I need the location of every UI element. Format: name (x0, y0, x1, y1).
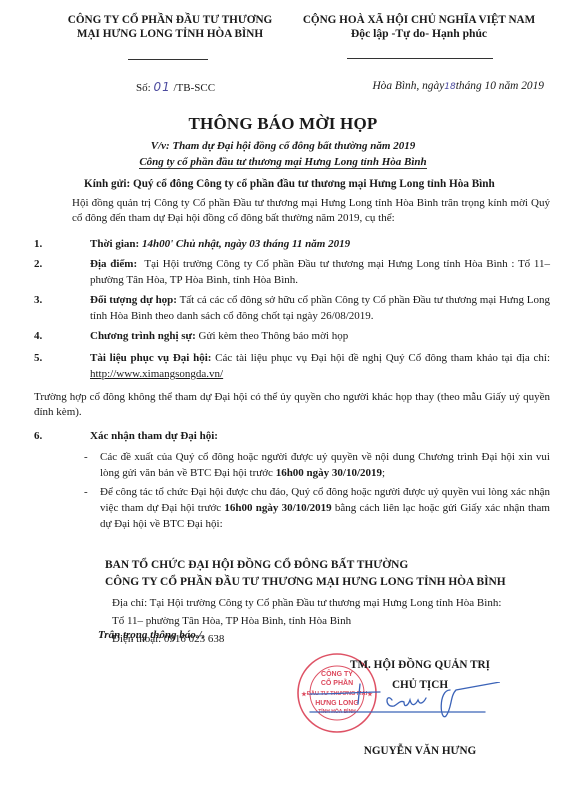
company-header: CÔNG TY CỔ PHẦN ĐẦU TƯ THƯƠNG MẠI HƯNG L… (50, 13, 290, 41)
item-6: 6. Xác nhận tham dự Đại hội: (34, 428, 550, 444)
documents-link[interactable]: http://www.ximangsongda.vn/ (90, 368, 223, 380)
handwritten-number: 01 (153, 80, 170, 94)
subject-line1: V/v: Tham dự Đại hội đồng cổ đông bất th… (0, 138, 566, 154)
recipient: Kính gửi: Quý cổ đông Công ty cổ phần đầ… (84, 178, 495, 190)
item-5: 5. Tài liệu phục vụ Đại hội: Các tài liệ… (34, 350, 550, 382)
nation-motto: Độc lập -Tự do- Hạnh phúc (287, 27, 551, 41)
intro-paragraph: Hội đồng quản trị Công ty Cổ phần Đầu tư… (72, 196, 550, 226)
company-underline (128, 59, 208, 60)
nation-title: CỘNG HOÀ XÃ HỘI CHỦ NGHĨA VIỆT NAM (287, 13, 551, 27)
organizer-heading: BAN TỔ CHỨC ĐẠI HỘI ĐỒNG CỔ ĐÔNG BẤT THƯ… (105, 557, 506, 591)
item-3: 3. Đối tượng dự họp: Tất cả các cổ đông … (34, 292, 550, 324)
signature-icon (300, 682, 500, 727)
on-behalf-label: TM. HỘI ĐỒNG QUẢN TRỊ (300, 655, 540, 675)
closing: Trân trọng thông báo./. (98, 629, 204, 641)
handwritten-day: 18 (444, 82, 455, 92)
proxy-note: Trường hợp cổ đông không thể tham dự Đại… (34, 390, 550, 420)
item-4: 4. Chương trình nghị sự: Gửi kèm theo Th… (34, 328, 550, 344)
company-name-line2: MẠI HƯNG LONG TỈNH HÒA BÌNH (50, 27, 290, 41)
item-2: 2. Địa điểm: Tại Hội trường Công ty Cổ p… (34, 256, 550, 288)
document-title: THÔNG BÁO MỜI HỌP (0, 114, 566, 134)
item-1: 1. Thời gian: 14h00' Chủ nhật, ngày 03 t… (34, 236, 550, 252)
motto-underline (347, 58, 493, 59)
bullet-2: - Để công tác tổ chức Đại hội được chu đ… (84, 484, 550, 532)
reference-number: Số: 01 /TB-SCC (136, 80, 215, 94)
organizer-address-line2: Tổ 11– phường Tân Hòa, TP Hòa Bình, tỉnh… (112, 612, 501, 630)
date-line: Hòa Bình, ngày18tháng 10 năm 2019 (372, 80, 544, 92)
subject-line2: Công ty cổ phần đầu tư thương mại Hưng L… (0, 154, 566, 170)
organizer-address-line1: Địa chỉ: Tại Hội trường Công ty Cổ phần … (112, 594, 501, 612)
document-subject: V/v: Tham dự Đại hội đồng cổ đông bất th… (0, 138, 566, 170)
national-header: CỘNG HOÀ XÃ HỘI CHỦ NGHĨA VIỆT NAM Độc l… (287, 13, 551, 41)
company-name-line1: CÔNG TY CỔ PHẦN ĐẦU TƯ THƯƠNG (50, 13, 290, 27)
signer-name: NGUYỄN VĂN HƯNG (300, 745, 540, 757)
bullet-1: - Các đề xuất của Quý cổ đông hoặc người… (84, 449, 550, 481)
